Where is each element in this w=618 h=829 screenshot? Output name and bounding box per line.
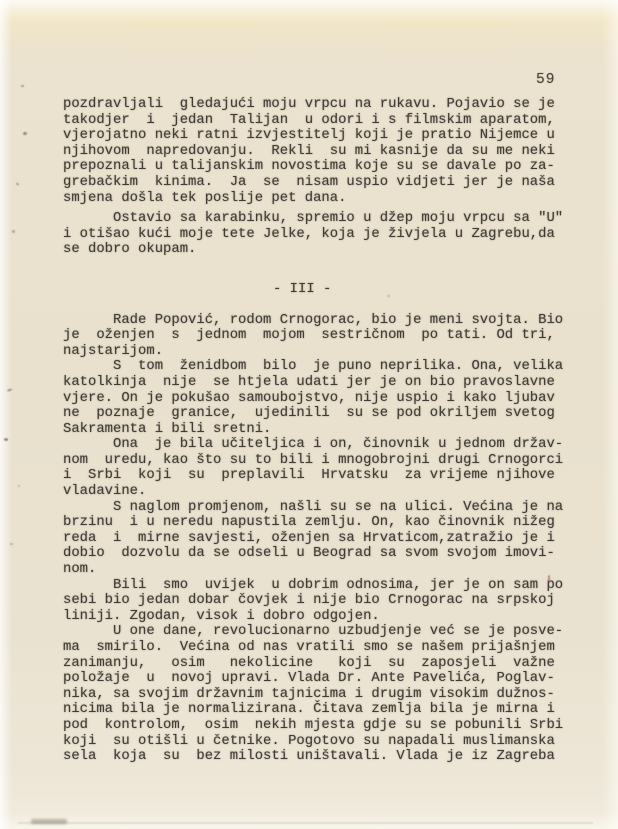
section-heading: - III - [273, 282, 583, 298]
paragraph: pozdravljali gledajući moju vrpcu na ruk… [63, 97, 583, 206]
scan-speck [548, 575, 550, 582]
scan-speck [4, 438, 8, 441]
paragraph: U one dane, revolucionarno uzbudjenje ve… [63, 624, 583, 764]
scan-speck [18, 485, 20, 487]
scanned-document-page: 59 pozdravljali gledajući moju vrpcu na … [0, 0, 618, 829]
page-number: 59 [536, 72, 555, 88]
scan-speck [7, 388, 12, 392]
scan-speck [12, 230, 15, 233]
scan-speck [10, 543, 13, 545]
scan-speck [21, 85, 24, 87]
scan-speck [387, 295, 390, 297]
scan-smudge [31, 819, 67, 824]
paragraph: Rade Popović, rodom Crnogorac, bio je me… [63, 313, 583, 360]
paragraph: S tom ženidbom bilo je puno neprilika. O… [63, 359, 583, 437]
paragraph: Ostavio sa karabinku, spremio u džep moj… [63, 211, 583, 258]
scan-speck [23, 132, 27, 135]
scan-edge-line [18, 822, 593, 824]
paragraph: S naglom promjenom, našli su se na ulici… [63, 500, 583, 578]
paragraph: Bili smo uvijek u dobrim odnosima, jer j… [63, 578, 583, 625]
scan-speck [16, 182, 20, 185]
paragraph: Ona je bila učiteljica i on, činovnik u … [63, 437, 583, 499]
document-text-block: pozdravljali gledajući moju vrpcu na ruk… [63, 97, 583, 765]
